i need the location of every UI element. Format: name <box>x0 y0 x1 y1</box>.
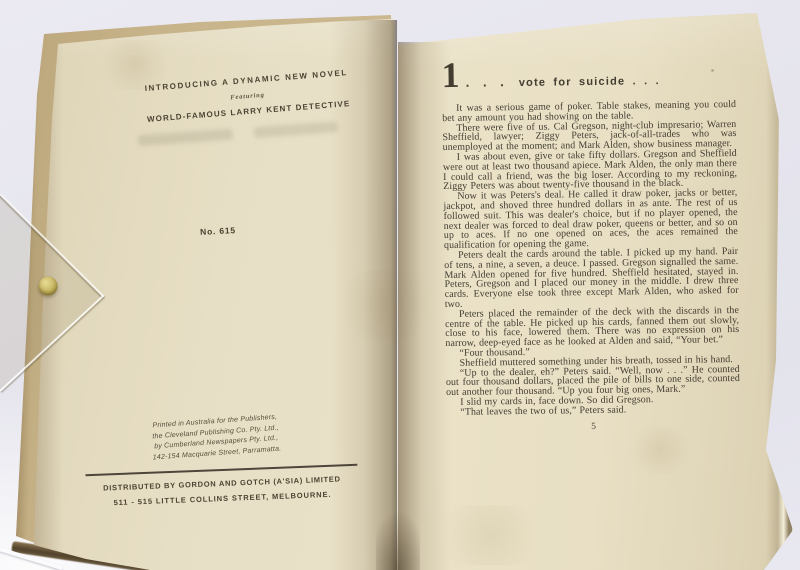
brass-pin <box>39 277 58 296</box>
chapter-number: 1 <box>441 60 459 90</box>
acrylic-fill <box>0 185 112 400</box>
body-paragraph: “Up to the dealer, eh?” Peters said. “We… <box>446 364 740 397</box>
body-paragraph: Peters placed the remainder of the deck … <box>445 306 740 349</box>
book-photo: INTRODUCING A DYNAMIC NEW NOVEL Featurin… <box>0 0 800 570</box>
chapter-heading: 1 . . . vote for suicide . . . <box>441 56 735 90</box>
chapter-body: It was a serious game of poker. Table st… <box>442 100 740 418</box>
acrylic-corner <box>0 185 112 400</box>
body-paragraph: I was about even, give or take fifty dol… <box>443 149 738 192</box>
fore-edge <box>766 0 792 570</box>
chapter-dots: . . . <box>466 74 509 90</box>
body-paragraph: “That leaves the two of us,” Peters said… <box>446 404 740 418</box>
body-paragraph: Now it was Peters's deal. He called it d… <box>443 188 738 251</box>
chapter-content: 1 . . . vote for suicide . . . It was a … <box>441 56 740 434</box>
chapter-title: vote for suicide . . . <box>519 75 660 89</box>
body-paragraph: Peters dealt the cards around the table.… <box>444 247 739 310</box>
